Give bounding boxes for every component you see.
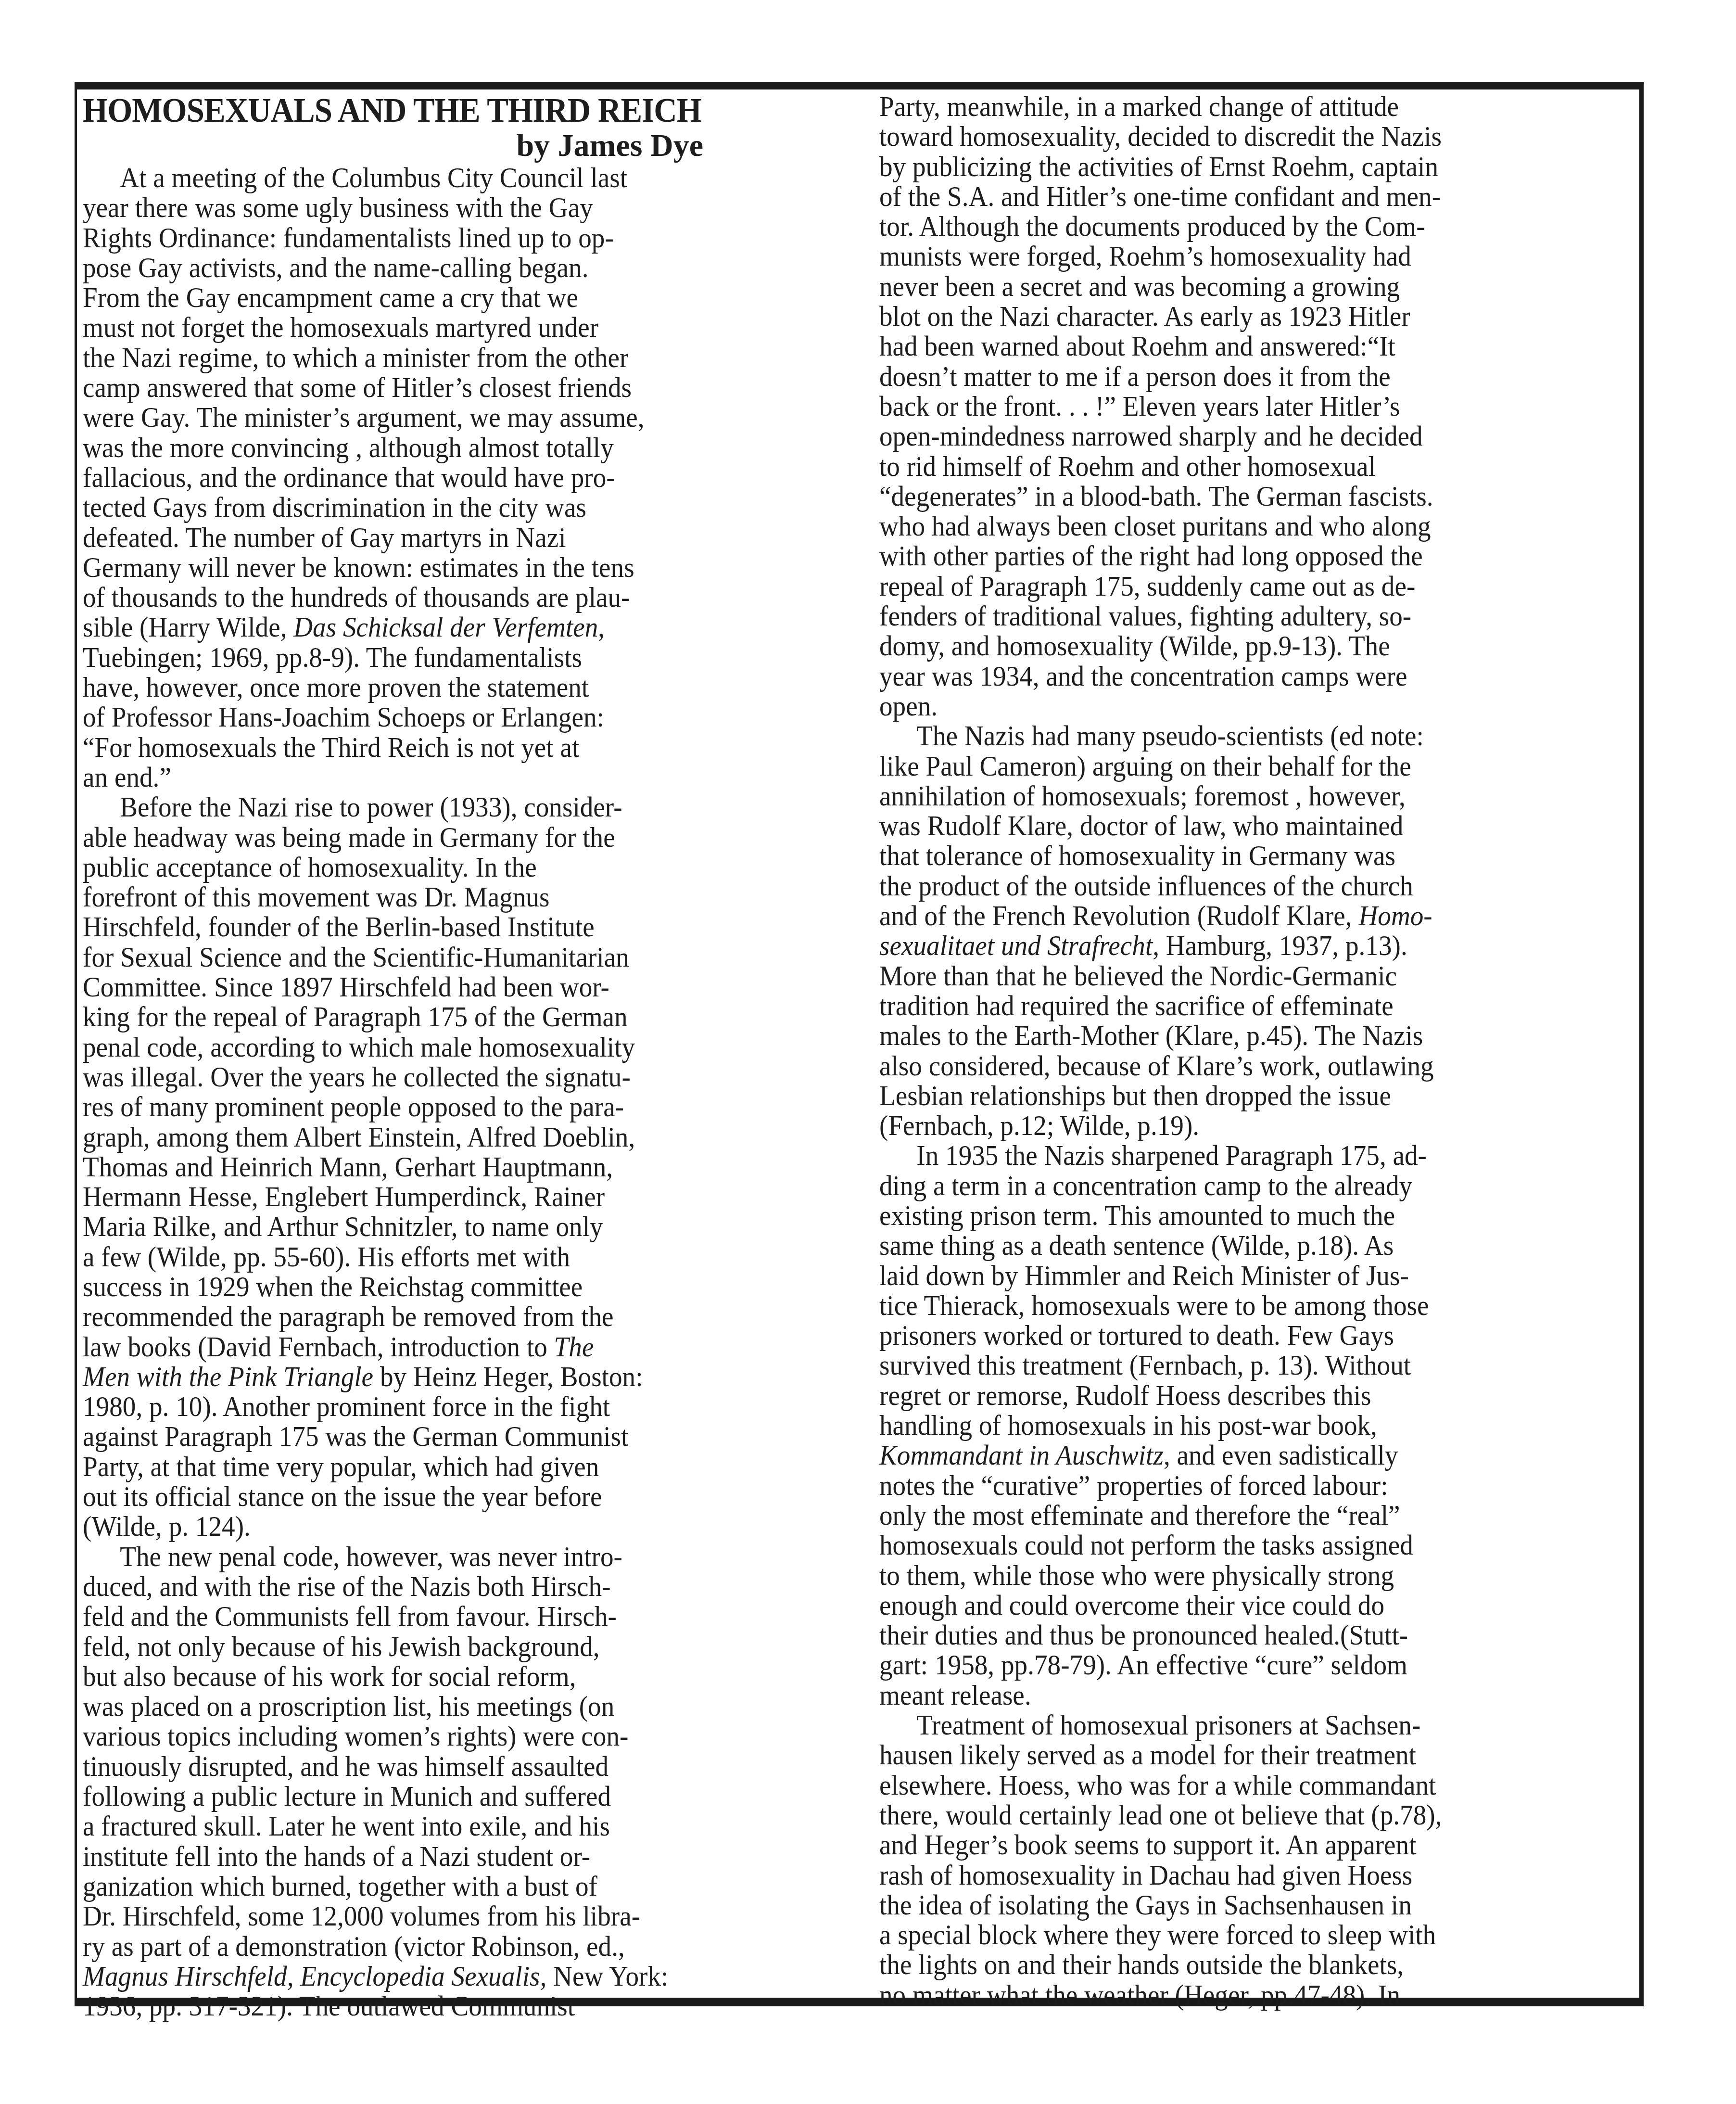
text-line: the product of the outside influences of… bbox=[879, 871, 1570, 901]
text-line: was illegal. Over the years he collected… bbox=[83, 1062, 773, 1092]
text-line: the idea of isolating the Gays in Sachse… bbox=[879, 1890, 1570, 1920]
text-line: In 1935 the Nazis sharpened Paragraph 17… bbox=[879, 1140, 1570, 1170]
text-line: forefront of this movement was Dr. Magnu… bbox=[83, 882, 773, 912]
text-line: and Heger’s book seems to support it. An… bbox=[879, 1830, 1570, 1860]
text-line: Treatment of homosexual prisoners at Sac… bbox=[879, 1710, 1570, 1740]
text-line: 1936, pp. 317-321). The outlawed Communi… bbox=[83, 1991, 773, 2021]
text-line: never been a secret and was becoming a g… bbox=[879, 271, 1570, 301]
text-line: institute fell into the hands of a Nazi … bbox=[83, 1841, 773, 1871]
text-line: tinuously disrupted, and he was himself … bbox=[83, 1751, 773, 1781]
text-line: only the most effeminate and therefore t… bbox=[879, 1500, 1570, 1530]
text-line: back or the front. . . !” Eleven years l… bbox=[879, 391, 1570, 421]
text-line: More than that he believed the Nordic-Ge… bbox=[879, 961, 1570, 991]
text-line: like Paul Cameron) arguing on their beha… bbox=[879, 751, 1570, 781]
text-line: laid down by Himmler and Reich Minister … bbox=[879, 1261, 1570, 1290]
text-line: doesn’t matter to me if a person does it… bbox=[879, 361, 1570, 391]
text-line: Germany will never be known: estimates i… bbox=[83, 552, 773, 582]
text-line: Thomas and Heinrich Mann, Gerhart Hauptm… bbox=[83, 1152, 773, 1182]
text-line: to rid himself of Roehm and other homose… bbox=[879, 451, 1570, 481]
text-line: tected Gays from discrimination in the c… bbox=[83, 492, 773, 522]
text-line: annihilation of homosexuals; foremost , … bbox=[879, 781, 1570, 811]
text-line: domy, and homosexuality (Wilde, pp.9-13)… bbox=[879, 631, 1570, 661]
text-line: elsewhere. Hoess, who was for a while co… bbox=[879, 1770, 1570, 1800]
text-line: sexualitaet und Strafrecht, Hamburg, 193… bbox=[879, 931, 1570, 960]
text-line: handling of homosexuals in his post-war … bbox=[879, 1410, 1570, 1440]
text-line: ry as part of a demonstration (victor Ro… bbox=[83, 1931, 773, 1961]
citation-title: Kommandant in Auschwitz bbox=[879, 1439, 1164, 1471]
text-line: of the S.A. and Hitler’s one-time confid… bbox=[879, 181, 1570, 211]
article-left-column: HOMOSEXUALS AND THE THIRD REICH by James… bbox=[83, 91, 833, 2021]
text-line: notes the “curative” properties of force… bbox=[879, 1470, 1570, 1500]
text-line: out its official stance on the issue the… bbox=[83, 1481, 773, 1511]
text-line: Dr. Hirschfeld, some 12,000 volumes from… bbox=[83, 1901, 773, 1931]
text-line: of thousands to the hundreds of thousand… bbox=[83, 582, 773, 612]
text-line: repeal of Paragraph 175, suddenly came o… bbox=[879, 571, 1570, 601]
text-line: ding a term in a concentration camp to t… bbox=[879, 1171, 1570, 1200]
right-column-text: Party, meanwhile, in a marked change of … bbox=[879, 91, 1630, 2010]
text-line: males to the Earth-Mother (Klare, p.45).… bbox=[879, 1020, 1570, 1050]
text-line: blot on the Nazi character. As early as … bbox=[879, 301, 1570, 331]
text-line: of Professor Hans-Joachim Schoeps or Erl… bbox=[83, 702, 773, 732]
text-line: also considered, because of Klare’s work… bbox=[879, 1051, 1570, 1081]
citation-title: Magnus Hirschfeld, Encyclopedia Sexualis… bbox=[83, 1960, 546, 1992]
text-line: duced, and with the rise of the Nazis bo… bbox=[83, 1571, 773, 1601]
citation-title: sexualitaet und Strafrecht bbox=[879, 930, 1153, 961]
text-line: various topics including women’s rights)… bbox=[83, 1721, 773, 1751]
text-line: year there was some ugly business with t… bbox=[83, 192, 773, 222]
text-line: hausen likely served as a model for thei… bbox=[879, 1740, 1570, 1770]
text-line: king for the repeal of Paragraph 175 of … bbox=[83, 1002, 773, 1032]
text-line: the lights on and their hands outside th… bbox=[879, 1950, 1570, 1979]
text-line: was placed on a proscription list, his m… bbox=[83, 1691, 773, 1721]
text-line: “For homosexuals the Third Reich is not … bbox=[83, 732, 773, 762]
text-line: with other parties of the right had long… bbox=[879, 541, 1570, 571]
text-line: the Nazi regime, to which a minister fro… bbox=[83, 343, 773, 372]
text-line: The new penal code, however, was never i… bbox=[83, 1542, 773, 1571]
text-line: a few (Wilde, pp. 55-60). His efforts me… bbox=[83, 1242, 773, 1272]
text-line: Party, at that time very popular, which … bbox=[83, 1452, 773, 1481]
text-line: tradition had required the sacrifice of … bbox=[879, 991, 1570, 1020]
text-line: sible (Harry Wilde, Das Schicksal der Ve… bbox=[83, 612, 773, 642]
text-line: homosexuals could not perform the tasks … bbox=[879, 1530, 1570, 1560]
citation-title: Das Schicksal der Verfemten bbox=[293, 611, 598, 643]
text-line: were Gay. The minister’s argument, we ma… bbox=[83, 402, 773, 432]
text-line: public acceptance of homosexuality. In t… bbox=[83, 852, 773, 882]
article-title: HOMOSEXUALS AND THE THIRD REICH bbox=[83, 91, 781, 129]
text-line: Lesbian relationships but then dropped t… bbox=[879, 1081, 1570, 1110]
text-line: The Nazis had many pseudo-scientists (ed… bbox=[879, 721, 1570, 751]
citation-title: The bbox=[554, 1331, 594, 1363]
text-line: At a meeting of the Columbus City Counci… bbox=[83, 163, 773, 192]
text-line: defeated. The number of Gay martyrs in N… bbox=[83, 523, 773, 552]
text-line: was Rudolf Klare, doctor of law, who mai… bbox=[879, 811, 1570, 841]
text-line: for Sexual Science and the Scientific-Hu… bbox=[83, 942, 773, 972]
text-line: by publicizing the activities of Ernst R… bbox=[879, 152, 1570, 181]
text-line: have, however, once more proven the stat… bbox=[83, 672, 773, 702]
text-line: feld and the Communists fell from favour… bbox=[83, 1601, 773, 1631]
text-line: open. bbox=[879, 691, 1570, 721]
text-line: gart: 1958, pp.78-79). An effective “cur… bbox=[879, 1650, 1570, 1680]
text-line: prisoners worked or tortured to death. F… bbox=[879, 1320, 1570, 1350]
text-line: year was 1934, and the concentration cam… bbox=[879, 661, 1570, 691]
article-right-column: Party, meanwhile, in a marked change of … bbox=[879, 91, 1630, 2010]
text-line: that tolerance of homosexuality in Germa… bbox=[879, 841, 1570, 870]
text-line: their duties and thus be pronounced heal… bbox=[879, 1620, 1570, 1650]
text-line: Hirschfeld, founder of the Berlin-based … bbox=[83, 912, 773, 942]
text-line: an end.” bbox=[83, 762, 773, 792]
text-line: (Fernbach, p.12; Wilde, p.19). bbox=[879, 1110, 1570, 1140]
text-line: meant release. bbox=[879, 1680, 1570, 1710]
text-line: toward homosexuality, decided to discred… bbox=[879, 121, 1570, 151]
text-line: feld, not only because of his Jewish bac… bbox=[83, 1632, 773, 1661]
text-line: must not forget the homosexuals martyred… bbox=[83, 312, 773, 342]
text-line: Committee. Since 1897 Hirschfeld had bee… bbox=[83, 972, 773, 1002]
text-line: Hermann Hesse, Englebert Humperdinck, Ra… bbox=[83, 1182, 773, 1211]
text-line: no matter what the weather (Heger, pp.47… bbox=[879, 1980, 1570, 2010]
text-line: Tuebingen; 1969, pp.8-9). The fundamenta… bbox=[83, 642, 773, 672]
text-line: who had always been closet puritans and … bbox=[879, 511, 1570, 541]
text-line: able headway was being made in Germany f… bbox=[83, 822, 773, 852]
text-line: Rights Ordinance: fundamentalists lined … bbox=[83, 223, 773, 253]
text-line: camp answered that some of Hitler’s clos… bbox=[83, 372, 773, 402]
article-byline: by James Dye bbox=[83, 129, 833, 163]
text-line: Men with the Pink Triangle by Heinz Hege… bbox=[83, 1362, 773, 1391]
text-line: had been warned about Roehm and answered… bbox=[879, 331, 1570, 361]
text-line: regret or remorse, Rudolf Hoess describe… bbox=[879, 1380, 1570, 1410]
text-line: was the more convincing , although almos… bbox=[83, 433, 773, 462]
text-line: open-mindedness narrowed sharply and he … bbox=[879, 421, 1570, 451]
text-line: and of the French Revolution (Rudolf Kla… bbox=[879, 901, 1570, 931]
text-line: existing prison term. This amounted to m… bbox=[879, 1200, 1570, 1230]
citation-title: Men with the Pink Triangle bbox=[83, 1361, 373, 1392]
text-line: ganization which burned, together with a… bbox=[83, 1871, 773, 1901]
text-line: fallacious, and the ordinance that would… bbox=[83, 462, 773, 492]
text-line: penal code, according to which male homo… bbox=[83, 1032, 773, 1062]
text-line: a special block where they were forced t… bbox=[879, 1920, 1570, 1950]
text-line: munists were forged, Roehm’s homosexuali… bbox=[879, 241, 1570, 271]
text-line: enough and could overcome their vice cou… bbox=[879, 1590, 1570, 1620]
text-line: Magnus Hirschfeld, Encyclopedia Sexualis… bbox=[83, 1961, 773, 1991]
text-line: to them, while those who were physically… bbox=[879, 1560, 1570, 1590]
text-line: survived this treatment (Fernbach, p. 13… bbox=[879, 1350, 1570, 1380]
text-line: fenders of traditional values, fighting … bbox=[879, 601, 1570, 631]
text-line: (Wilde, p. 124). bbox=[83, 1511, 773, 1541]
text-line: 1980, p. 10). Another prominent force in… bbox=[83, 1391, 773, 1421]
text-line: Kommandant in Auschwitz, and even sadist… bbox=[879, 1440, 1570, 1470]
citation-title: Homo- bbox=[1358, 900, 1432, 931]
left-column-text: At a meeting of the Columbus City Counci… bbox=[83, 163, 833, 2021]
text-line: success in 1929 when the Reichstag commi… bbox=[83, 1272, 773, 1301]
text-line: law books (David Fernbach, introduction … bbox=[83, 1332, 773, 1362]
text-line: tice Thierack, homosexuals were to be am… bbox=[879, 1290, 1570, 1320]
text-line: pose Gay activists, and the name-calling… bbox=[83, 253, 773, 282]
text-line: following a public lecture in Munich and… bbox=[83, 1781, 773, 1811]
text-line: rash of homosexuality in Dachau had give… bbox=[879, 1860, 1570, 1890]
text-line: a fractured skull. Later he went into ex… bbox=[83, 1811, 773, 1841]
text-line: Maria Rilke, and Arthur Schnitzler, to n… bbox=[83, 1211, 773, 1241]
text-line: recommended the paragraph be removed fro… bbox=[83, 1301, 773, 1331]
text-line: From the Gay encampment came a cry that … bbox=[83, 282, 773, 312]
text-line: but also because of his work for social … bbox=[83, 1661, 773, 1691]
text-line: graph, among them Albert Einstein, Alfre… bbox=[83, 1122, 773, 1152]
text-line: Before the Nazi rise to power (1933), co… bbox=[83, 792, 773, 822]
text-line: same thing as a death sentence (Wilde, p… bbox=[879, 1230, 1570, 1260]
text-line: “degenerates” in a blood-bath. The Germa… bbox=[879, 481, 1570, 511]
text-line: res of many prominent people opposed to … bbox=[83, 1092, 773, 1122]
text-line: tor. Although the documents produced by … bbox=[879, 211, 1570, 241]
text-line: there, would certainly lead one ot belie… bbox=[879, 1800, 1570, 1830]
text-line: against Paragraph 175 was the German Com… bbox=[83, 1421, 773, 1451]
text-line: Party, meanwhile, in a marked change of … bbox=[879, 91, 1570, 121]
